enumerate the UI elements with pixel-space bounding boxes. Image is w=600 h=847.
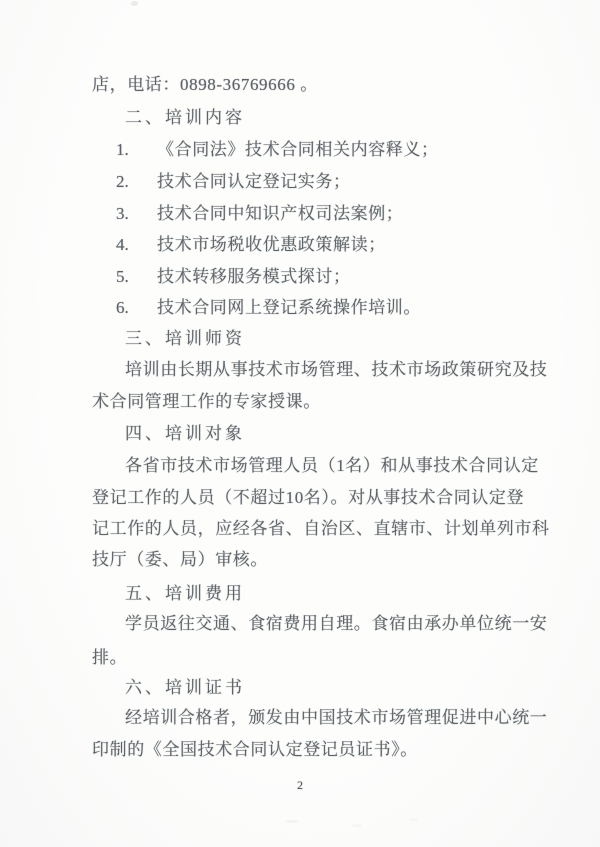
paragraph-line: 登记工作的人员（不超过10名）。对从事技术合同认定登 bbox=[92, 487, 524, 509]
list-item-number: 4. bbox=[116, 234, 157, 256]
scan-artifact bbox=[131, 1, 138, 6]
paragraph-line: 培训由长期从事技术市场管理、技术市场政策研究及技 bbox=[125, 359, 547, 381]
list-item-text: 技术合同中知识产权司法案例； bbox=[157, 204, 403, 223]
paragraph-line: 各省市技术市场管理人员（1名）和从事技术合同认定 bbox=[125, 455, 539, 477]
scanned-document-page: 店，电话：0898-36769666 。 二、培训内容 1.《合同法》技术合同相… bbox=[0, 0, 600, 847]
list-item-number: 2. bbox=[116, 171, 157, 193]
section-heading-3: 三、培训师资 bbox=[125, 328, 245, 350]
list-item-number: 1. bbox=[116, 139, 157, 161]
list-item-5: 5.技术转移服务模式探讨； bbox=[116, 266, 351, 288]
paragraph-line: 记工作的人员，应经各省、自治区、直辖市、计划单列市科 bbox=[92, 518, 550, 540]
list-item-2: 2.技术合同认定登记实务； bbox=[116, 171, 351, 193]
scan-artifact bbox=[285, 820, 299, 823]
list-item-1: 1.《合同法》技术合同相关内容释义； bbox=[116, 139, 439, 161]
section-heading-5: 五、培训费用 bbox=[125, 583, 245, 605]
list-item-6: 6.技术合同网上登记系统操作培训。 bbox=[116, 297, 421, 319]
list-item-number: 3. bbox=[116, 203, 157, 225]
list-item-4: 4.技术市场税收优惠政策解读； bbox=[116, 234, 386, 256]
list-item-3: 3.技术合同中知识产权司法案例； bbox=[116, 203, 403, 225]
list-item-number: 6. bbox=[116, 297, 157, 319]
list-item-text: 技术合同网上登记系统操作培训。 bbox=[157, 298, 421, 317]
section-heading-4: 四、培训对象 bbox=[125, 423, 245, 445]
section-heading-2: 二、培训内容 bbox=[125, 107, 245, 129]
contact-line: 店，电话：0898-36769666 。 bbox=[92, 74, 318, 96]
list-item-text: 《合同法》技术合同相关内容释义； bbox=[157, 140, 439, 159]
page-number: 2 bbox=[0, 778, 600, 793]
paragraph-line: 经培训合格者，颁发由中国技术市场管理促进中心统一 bbox=[125, 707, 547, 729]
paragraph-line: 学员返往交通、食宿费用自理。食宿由承办单位统一安 bbox=[125, 613, 547, 635]
scan-artifact bbox=[352, 824, 362, 827]
paragraph-line: 排。 bbox=[92, 647, 127, 669]
paragraph-line: 术合同管理工作的专家授课。 bbox=[92, 391, 321, 413]
section-heading-6: 六、培训证书 bbox=[125, 677, 245, 699]
scan-artifact bbox=[410, 818, 418, 821]
list-item-text: 技术转移服务模式探讨； bbox=[157, 267, 351, 286]
paragraph-line: 技厅（委、局）审核。 bbox=[92, 549, 268, 571]
paragraph-line: 印制的《全国技术合同认定登记员证书》。 bbox=[92, 739, 418, 761]
list-item-text: 技术市场税收优惠政策解读； bbox=[157, 235, 386, 254]
list-item-number: 5. bbox=[116, 266, 157, 288]
list-item-text: 技术合同认定登记实务； bbox=[157, 172, 351, 191]
